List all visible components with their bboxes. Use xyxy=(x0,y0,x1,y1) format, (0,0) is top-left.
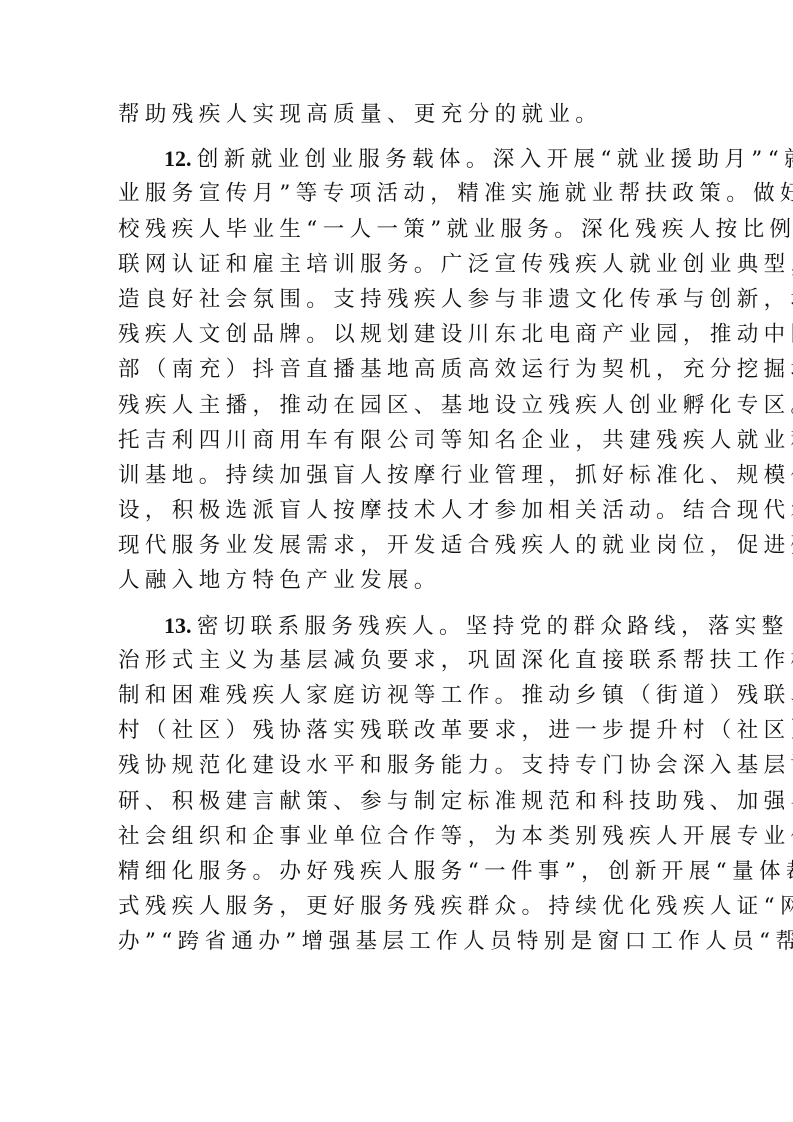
text-line: 精细化服务。办好残疾人服务“一件事”，创新开展“量体裁衣” xyxy=(118,854,674,889)
text-line: 部（南充）抖音直播基地高质高效运行为契机，充分挖掘培育 xyxy=(118,352,674,387)
item-number-separator: . xyxy=(186,613,197,638)
text-line: 业服务宣传月”等专项活动，精准实施就业帮扶政策。做好高 xyxy=(118,176,674,211)
text-line: 研、积极建言献策、参与制定标准规范和科技助残、加强与 xyxy=(118,784,674,819)
text-line: 设，积极选派盲人按摩技术人才参加相关活动。结合现代农业、 xyxy=(118,493,674,528)
text-line: 残疾人文创品牌。以规划建设川东北电商产业园，推动中国西 xyxy=(118,317,674,352)
document-page: 帮助残疾人实现高质量、更充分的就业。 12.创新就业创业服务载体。深入开展“就业… xyxy=(0,0,793,1122)
paragraph-12: 12.创新就业创业服务载体。深入开展“就业援助月”“就 业服务宣传月”等专项活动… xyxy=(118,141,674,598)
text-line: 联网认证和雇主培训服务。广泛宣传残疾人就业创业典型，营 xyxy=(118,247,674,282)
paragraph-heading-text: 密切联系服务残疾人。坚持党的群众路线，落实整 xyxy=(197,614,789,639)
paragraph-continuation: 帮助残疾人实现高质量、更充分的就业。 xyxy=(118,97,674,132)
body-text: 帮助残疾人实现高质量、更充分的就业。 12.创新就业创业服务载体。深入开展“就业… xyxy=(118,97,674,960)
text-line: 制和困难残疾人家庭访视等工作。推动乡镇（街道）残联、 xyxy=(118,678,674,713)
paragraph-heading-text: 创新就业创业服务载体。深入开展“就业援助月”“就 xyxy=(197,147,793,172)
paragraph-first-line: 13.密切联系服务残疾人。坚持党的群众路线，落实整 xyxy=(118,608,674,643)
text-line: 办”“跨省通办”增强基层工作人员特别是窗口工作人员“帮 xyxy=(118,924,674,959)
text-line: 校残疾人毕业生“一人一策”就业服务。深化残疾人按比例就业 xyxy=(118,212,674,247)
text-line: 治形式主义为基层减负要求，巩固深化直接联系帮扶工作机 xyxy=(118,643,674,678)
text-line: 残协规范化建设水平和服务能力。支持专门协会深入基层调 xyxy=(118,748,674,783)
text-line: 训基地。持续加强盲人按摩行业管理，抓好标准化、规模化建 xyxy=(118,458,674,493)
text-line: 人融入地方特色产业发展。 xyxy=(118,563,674,598)
text-line: 托吉利四川商用车有限公司等知名企业，共建残疾人就业和实 xyxy=(118,423,674,458)
text-line: 式残疾人服务，更好服务残疾群众。持续优化残疾人证“网上 xyxy=(118,889,674,924)
item-number: 12 xyxy=(164,146,186,171)
text-line: 社会组织和企事业单位合作等，为本类别残疾人开展专业化、 xyxy=(118,819,674,854)
paragraph-13: 13.密切联系服务残疾人。坚持党的群众路线，落实整 治形式主义为基层减负要求，巩… xyxy=(118,608,674,960)
item-number: 13 xyxy=(164,613,186,638)
text-line: 帮助残疾人实现高质量、更充分的就业。 xyxy=(118,97,674,132)
text-line: 残疾人主播，推动在园区、基地设立残疾人创业孵化专区。依 xyxy=(118,388,674,423)
item-number-separator: . xyxy=(186,146,197,171)
text-line: 村（社区）残协落实残联改革要求，进一步提升村（社区） xyxy=(118,713,674,748)
text-line: 现代服务业发展需求，开发适合残疾人的就业岗位，促进残疾 xyxy=(118,528,674,563)
text-line: 造良好社会氛围。支持残疾人参与非遗文化传承与创新，培育 xyxy=(118,282,674,317)
paragraph-first-line: 12.创新就业创业服务载体。深入开展“就业援助月”“就 xyxy=(118,141,674,176)
